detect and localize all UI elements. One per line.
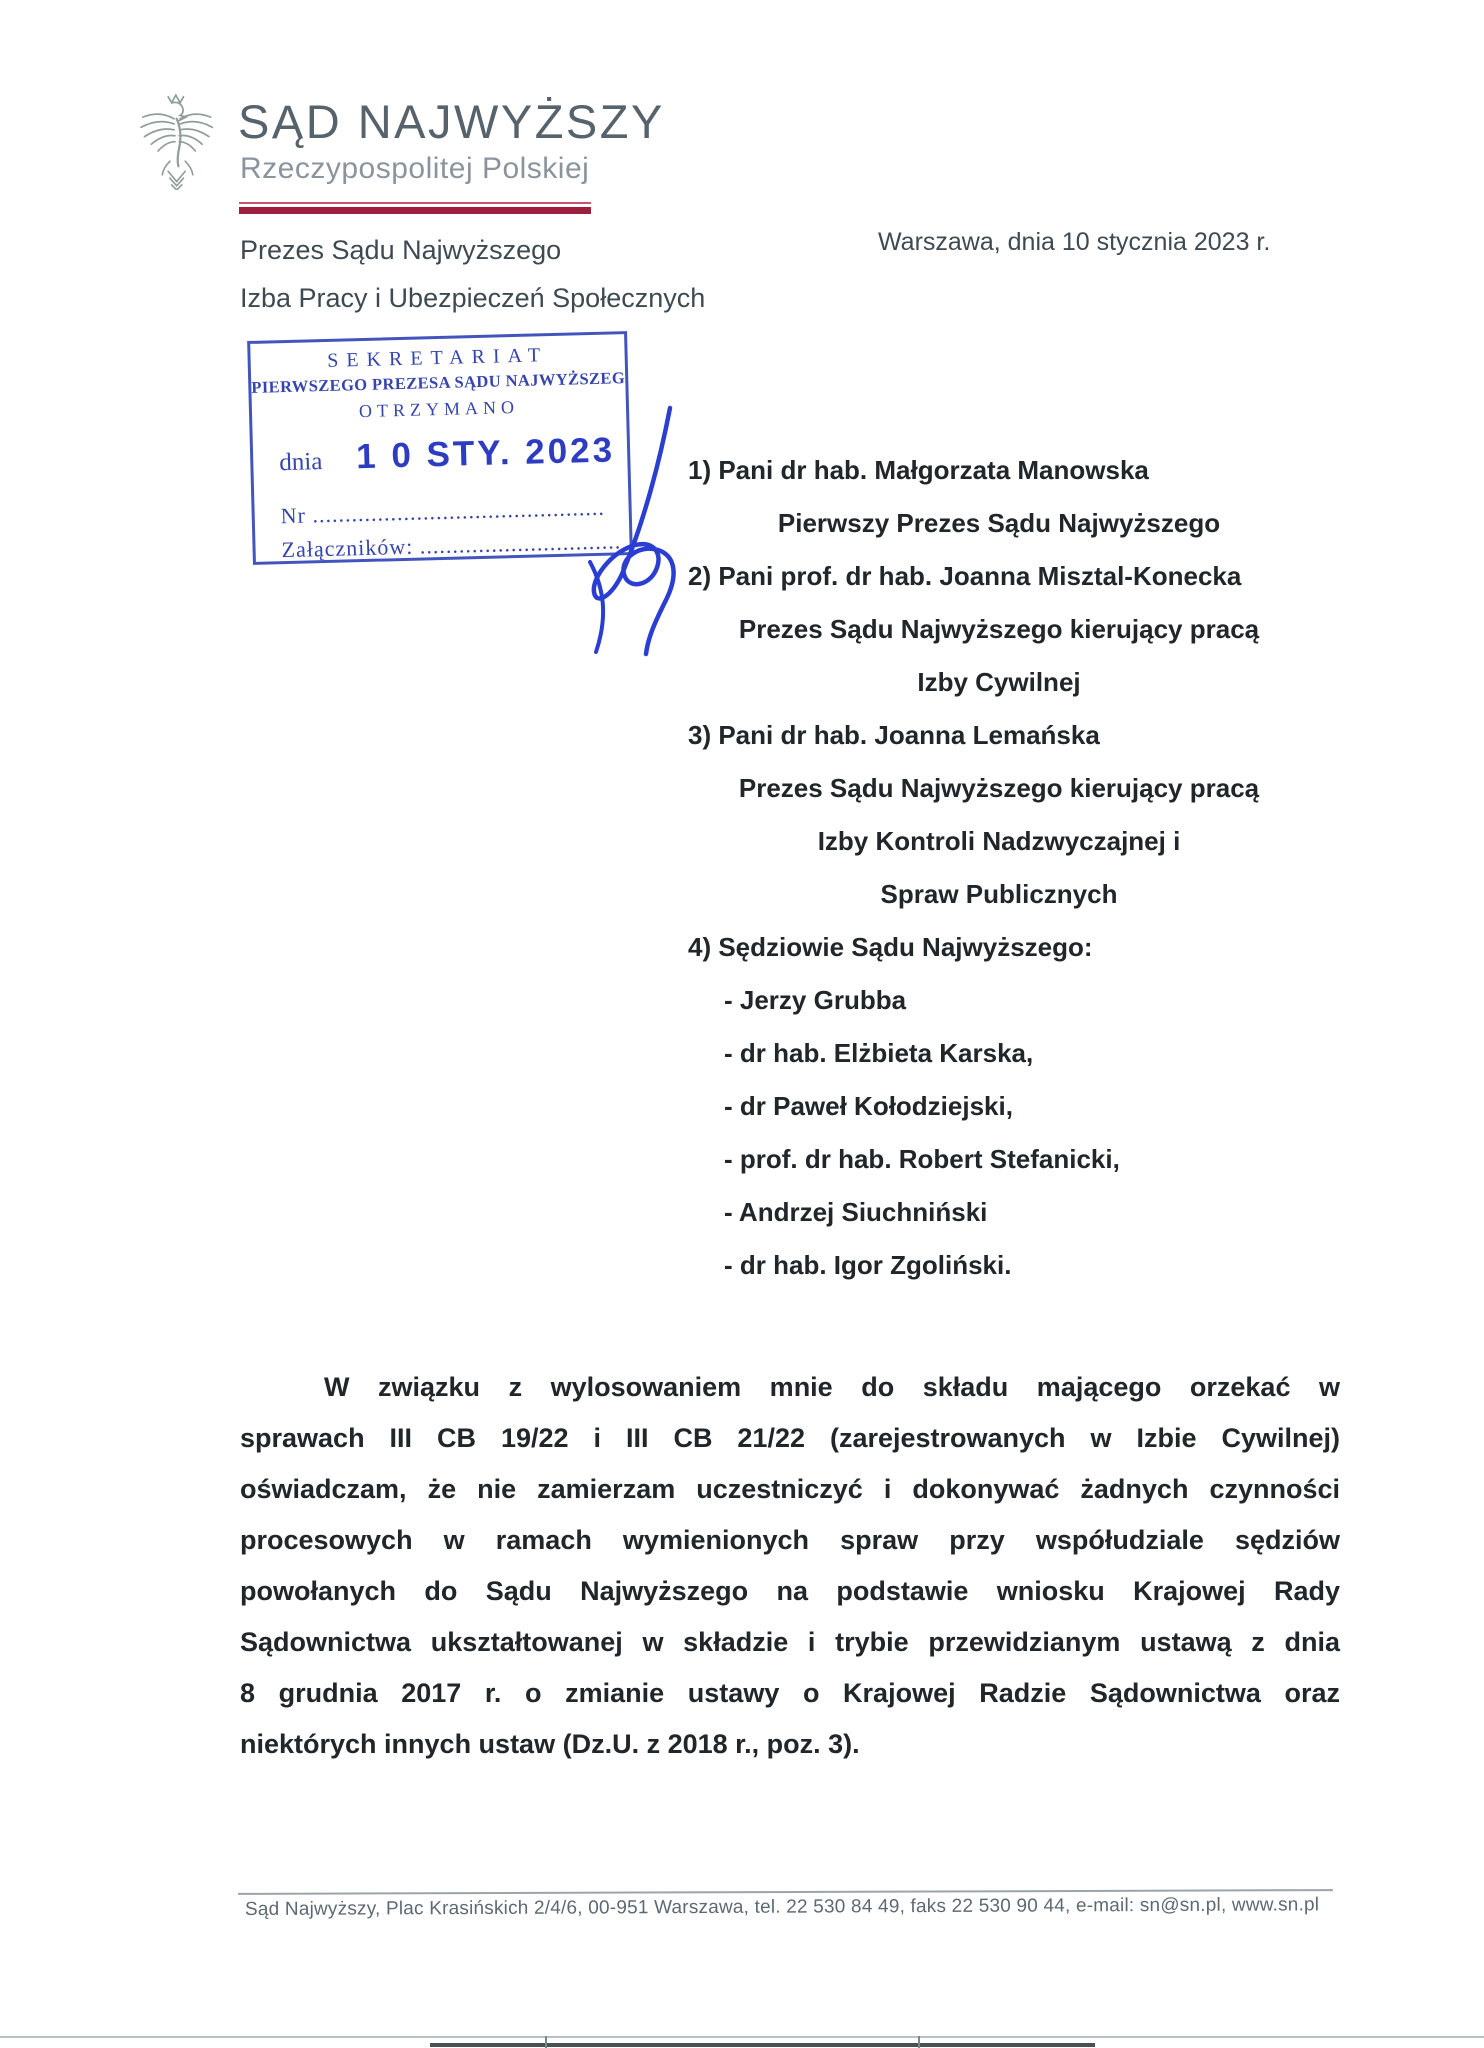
judge-line: - dr Paweł Kołodziejski, [688,1080,1310,1133]
sender-line-1: Prezes Sądu Najwyższego [240,226,705,274]
recipient-first-line: 3) Pani dr hab. Joanna Lemańska [688,709,1310,762]
body-line: niektórych innych ustaw (Dz.U. z 2018 r.… [240,1719,1340,1770]
red-rule-thick [239,207,591,214]
scan-artifact-tick [545,2036,547,2048]
body-line: powołanych do Sądu Najwyższego na podsta… [240,1566,1340,1617]
eagle-icon [132,90,218,190]
body-paragraph: W związku z wylosowaniem mnie do składu … [240,1362,1340,1770]
recipient-cont-line: Prezes Sądu Najwyższego kierujący pracą [688,603,1310,656]
recipient-entry: 1) Pani dr hab. Małgorzata ManowskaPierw… [688,444,1310,550]
recipient-cont-line: Izby Cywilnej [688,656,1310,709]
body-line: oświadczam, że nie zamierzam uczestniczy… [240,1464,1340,1515]
judge-line: - prof. dr hab. Robert Stefanicki, [688,1133,1310,1186]
recipients-list: 1) Pani dr hab. Małgorzata ManowskaPierw… [688,444,1310,1292]
recipient-entry: 4) Sędziowie Sądu Najwyższego:- Jerzy Gr… [688,921,1310,1292]
recipient-entry: 2) Pani prof. dr hab. Joanna Misztal-Kon… [688,550,1310,709]
scan-artifact-bar [430,2043,1095,2047]
judge-line: - Jerzy Grubba [688,974,1310,1027]
red-rule-thin [239,202,591,204]
recipient-cont-line: Spraw Publicznych [688,868,1310,921]
body-line: 8 grudnia 2017 r. o zmianie ustawy o Kra… [240,1668,1340,1719]
judge-line: - dr hab. Elżbieta Karska, [688,1027,1310,1080]
dateline: Warszawa, dnia 10 stycznia 2023 r. [878,228,1270,257]
recipient-cont-line: Izby Kontroli Nadzwyczajnej i [688,815,1310,868]
scan-artifact-tick [918,2036,920,2048]
sender-line-2: Izba Pracy i Ubezpieczeń Społecznych [240,274,705,322]
scan-artifact-line [0,2036,1484,2038]
recipient-first-line: 2) Pani prof. dr hab. Joanna Misztal-Kon… [688,550,1310,603]
recipient-first-line: 4) Sędziowie Sądu Najwyższego: [688,921,1310,974]
judge-line: - dr hab. Igor Zgoliński. [688,1239,1310,1292]
scanned-letter-page: SĄD NAJWYŻSZY Rzeczypospolitej Polskiej … [0,0,1484,2048]
body-line: procesowych w ramach wymienionych spraw … [240,1515,1340,1566]
body-line: W związku z wylosowaniem mnie do składu … [240,1362,1340,1413]
footer-text: Sąd Najwyższy, Plac Krasińskich 2/4/6, 0… [245,1894,1319,1921]
body-line: sprawach III CB 19/22 i III CB 21/22 (za… [240,1413,1340,1464]
org-name: SĄD NAJWYŻSZY [238,94,665,149]
recipient-entry: 3) Pani dr hab. Joanna LemańskaPrezes Są… [688,709,1310,921]
recipient-cont-line: Prezes Sądu Najwyższego kierujący pracą [688,762,1310,815]
signature-scribble [552,402,724,658]
org-subtitle: Rzeczypospolitej Polskiej [240,152,589,186]
recipient-first-line: 1) Pani dr hab. Małgorzata Manowska [688,444,1310,497]
body-line: Sądownictwa ukształtowanej w składzie i … [240,1617,1340,1668]
recipient-cont-line: Pierwszy Prezes Sądu Najwyższego [688,497,1310,550]
sender-block: Prezes Sądu Najwyższego Izba Pracy i Ube… [240,226,705,322]
stamp-date-label: dnia [279,448,323,477]
judge-line: - Andrzej Siuchniński [688,1186,1310,1239]
